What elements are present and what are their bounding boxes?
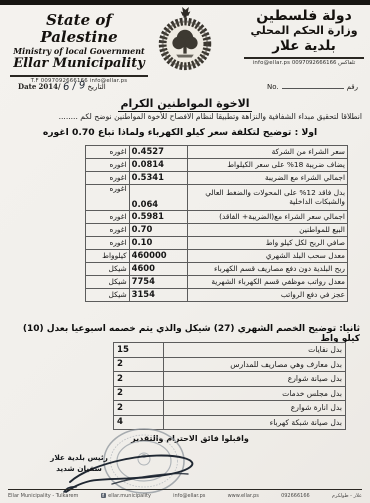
cost-label: ربح البلدية دون دفع مصاريف قسم الكهرباء — [188, 263, 348, 276]
country-name-en: State of Palestine — [10, 12, 148, 46]
footer-bar: Ellar Municipality - Tulkarem f ellar.mu… — [8, 489, 362, 503]
cost-value: 0.0814 — [129, 159, 187, 172]
deduction-label: بدل انارة شوارع — [163, 401, 346, 416]
cost-unit: اغوره — [86, 224, 130, 237]
number-field: No.رقم — [267, 81, 358, 91]
scanned-letter-page: State of Palestine Ministry of local Gov… — [0, 0, 370, 503]
section1-heading: اولا : توضيح لتكلفة سعر كيلو الكهرباء ول… — [20, 127, 340, 138]
signatory-title: رئيس بلدية علار — [44, 453, 114, 464]
table-row: بدل مجلس خدمات 2 — [114, 386, 346, 401]
cost-unit: شيكل — [86, 263, 130, 276]
table-row: اجمالي الشراء مع الضريبة 0.5341 اغوره — [86, 172, 348, 185]
facebook-handle: ellar.municipality — [108, 493, 151, 499]
ministry-name-ar: وزارة الحكم المحلي — [244, 24, 364, 38]
letter-title: الاخوة المواطنين الكرام — [0, 97, 370, 110]
cost-label: البيع للمواطنين — [188, 224, 348, 237]
cost-label: سعر الشراء من الشركة — [188, 146, 348, 159]
meta-row: Date 2014/ 6 / 9 التاريخ No.رقم — [0, 79, 370, 95]
cost-value: 0.4527 — [129, 146, 187, 159]
municipality-name-en: Ellar Municipality — [10, 56, 148, 72]
deduction-value: 15 — [114, 343, 164, 358]
no-label-en: No. — [267, 83, 279, 91]
signatory-name: سفيان شديد — [44, 464, 114, 475]
table-row: معدل رواتب موظفي قسم الكهرباء الشهرية 77… — [86, 276, 348, 289]
cost-unit: اغوره — [86, 211, 130, 224]
cost-label: يضاف ضريبة 18% على سعر الكيلواط — [188, 159, 348, 172]
date-handwritten-value: 6 / 9 — [62, 80, 85, 93]
monthly-deduction-table: بدل نفايات 15 بدل معارف وهي مصاريف للمدا… — [113, 342, 346, 430]
scan-top-edge — [0, 0, 370, 5]
deduction-value: 2 — [114, 357, 164, 372]
table-row: اجمالي سعر الشراء مع(الضريبة+ الفاقد) 0.… — [86, 211, 348, 224]
deduction-value: 2 — [114, 401, 164, 416]
no-label-ar: رقم — [347, 83, 358, 91]
deduction-label: بدل معارف وهي مصاريف للمدارس — [163, 357, 346, 372]
municipality-emblem-icon — [150, 6, 220, 74]
cost-value: 0.064 — [129, 185, 187, 211]
date-label-en: Date — [18, 82, 36, 91]
table-row: يضاف ضريبة 18% على سعر الكيلواط 0.0814 ا… — [86, 159, 348, 172]
section2-heading: ثانيا: توضيح الخصم الشهري (27) شيكل والذ… — [6, 324, 360, 344]
cost-label: عجز في دفع الرواتب — [188, 289, 348, 302]
cost-value: 0.5341 — [129, 172, 187, 185]
cost-unit: كيلوواط — [86, 250, 130, 263]
deduction-label: بدل مجلس خدمات — [163, 386, 346, 401]
footer-municipality-ar: علار - طولكرم — [332, 493, 362, 499]
ministry-name-en: Ministry of local Government — [10, 46, 148, 56]
table-row: صافي الربح لكل كيلو واط 0.10 اغوره — [86, 237, 348, 250]
cost-unit: اغوره — [86, 146, 130, 159]
contact-info-ar: تلفاكس 0097092666166 info@ellar.ps — [244, 57, 364, 66]
table-row: ربح البلدية دون دفع مصاريف قسم الكهرباء … — [86, 263, 348, 276]
cost-label: معدل رواتب موظفي قسم الكهرباء الشهرية — [188, 276, 348, 289]
letterhead-english: State of Palestine Ministry of local Gov… — [10, 12, 148, 84]
cost-label: صافي الربح لكل كيلو واط — [188, 237, 348, 250]
cost-label: معدل سحب البلد الشهري — [188, 250, 348, 263]
cost-value: 0.10 — [129, 237, 187, 250]
table-row: بدل انارة شوارع 2 — [114, 401, 346, 416]
cost-label: اجمالي سعر الشراء مع(الضريبة+ الفاقد) — [188, 211, 348, 224]
electricity-cost-table: سعر الشراء من الشركة 0.4527 اغوره يضاف ض… — [85, 145, 348, 302]
table-row: بدل فاقد 12% على المحولات والضغط العالي … — [86, 185, 348, 211]
cost-value: 4600 — [129, 263, 187, 276]
municipality-name-ar: بلدية علار — [244, 38, 364, 54]
cost-unit: اغوره — [86, 172, 130, 185]
table-row: البيع للمواطنين 0.70 اغوره — [86, 224, 348, 237]
letter-intro: انطلاقا لتحقيق مبداء الشفافية والنزاهة و… — [6, 112, 362, 121]
deduction-label: بدل صيانة شبكة كهرباء — [163, 415, 346, 430]
cost-unit: شيكل — [86, 289, 130, 302]
footer-facebook: f ellar.municipality — [101, 493, 151, 499]
cost-value: 7754 — [129, 276, 187, 289]
footer-phone: 092666166 — [281, 493, 310, 499]
cost-value: 0.5981 — [129, 211, 187, 224]
cost-unit: اغوره — [86, 159, 130, 172]
footer-email: info@ellar.ps — [173, 493, 205, 499]
table-row: بدل معارف وهي مصاريف للمدارس 2 — [114, 357, 346, 372]
country-name-ar: دولة فلسطين — [244, 8, 364, 24]
deduction-label: بدل صيانة شوارع — [163, 372, 346, 387]
deduction-value: 2 — [114, 372, 164, 387]
table-row: سعر الشراء من الشركة 0.4527 اغوره — [86, 146, 348, 159]
date-printed-year: 2014/ — [39, 82, 61, 91]
footer-municipality-en: Ellar Municipality - Tulkarem — [8, 493, 78, 499]
letterhead: State of Palestine Ministry of local Gov… — [0, 8, 370, 78]
cost-label: اجمالي الشراء مع الضريبة — [188, 172, 348, 185]
footer-website: www.ellar.ps — [228, 493, 259, 499]
cost-value: 3154 — [129, 289, 187, 302]
cost-unit: شيكل — [86, 276, 130, 289]
table-row: عجز في دفع الرواتب 3154 شيكل — [86, 289, 348, 302]
deduction-label: بدل نفايات — [163, 343, 346, 358]
cost-unit: اغوره — [86, 185, 130, 211]
table-row: معدل سحب البلد الشهري 460000 كيلوواط — [86, 250, 348, 263]
cost-value: 460000 — [129, 250, 187, 263]
date-label-ar: التاريخ — [88, 83, 106, 91]
cost-unit: اغوره — [86, 237, 130, 250]
deduction-value: 2 — [114, 386, 164, 401]
table-row: بدل صيانة شوارع 2 — [114, 372, 346, 387]
cost-value: 0.70 — [129, 224, 187, 237]
cost-label: بدل فاقد 12% على المحولات والضغط العالي … — [188, 185, 348, 211]
letterhead-arabic: دولة فلسطين وزارة الحكم المحلي بلدية علا… — [244, 8, 364, 66]
signature-block: رئيس بلدية علار سفيان شديد — [44, 453, 114, 474]
facebook-icon: f — [101, 493, 106, 498]
date-field: Date 2014/ 6 / 9 التاريخ — [18, 81, 106, 92]
no-blank-line — [282, 81, 344, 89]
table-row: بدل نفايات 15 — [114, 343, 346, 358]
